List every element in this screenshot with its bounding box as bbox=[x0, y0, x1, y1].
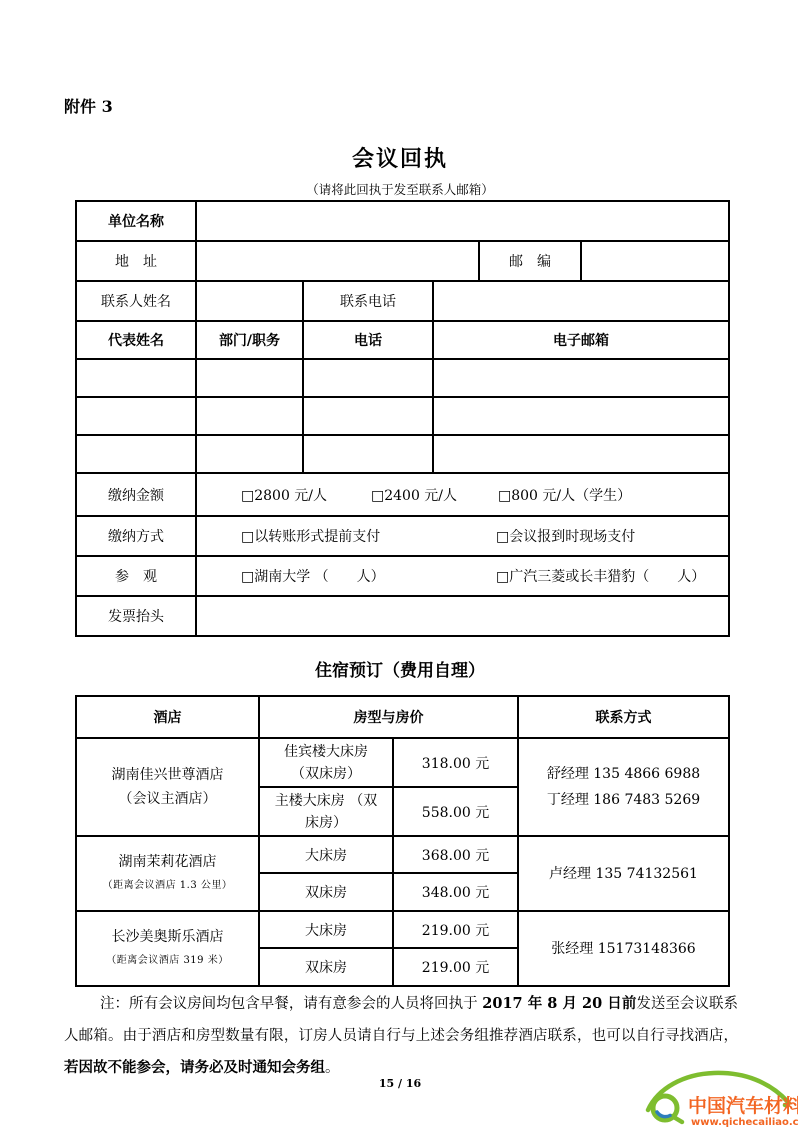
invoice-label: 发票抬头 bbox=[76, 596, 196, 636]
room-type-cell: 大床房 bbox=[259, 836, 393, 873]
room-price-cell: 318.00 元 bbox=[393, 738, 518, 787]
rep-dept-field bbox=[196, 435, 303, 473]
room-type: 床房） bbox=[262, 812, 390, 834]
rep-email-field bbox=[433, 397, 729, 435]
contact-line: 张经理 15173148366 bbox=[551, 936, 695, 962]
invoice-field bbox=[196, 596, 729, 636]
payment-method-options: □以转账形式提前支付 □会议报到时现场支付 bbox=[196, 516, 729, 556]
postal-label: 邮 编 bbox=[479, 241, 581, 281]
room-price-cell: 348.00 元 bbox=[393, 873, 518, 911]
table-row bbox=[76, 397, 729, 435]
hotel-note: （会议主酒店） bbox=[79, 787, 256, 811]
room-type-cell: 大床房 bbox=[259, 911, 393, 948]
checkbox-option-hunan-univ: □湖南大学 （ 人） bbox=[241, 566, 496, 586]
address-label: 地 址 bbox=[76, 241, 196, 281]
qichecailiao-logo: 中国汽车材料网 www.qichecailiao.com bbox=[638, 1060, 798, 1130]
hotel-contact-cell: 张经理 15173148366 bbox=[518, 911, 729, 986]
table-row: 湖南茉莉花酒店 （距离会议酒店 1.3 公里） 大床房 368.00 元 卢经理… bbox=[76, 836, 729, 873]
table-row: 发票抬头 bbox=[76, 596, 729, 636]
payment-amount-options: □2800 元/人 □2400 元/人 □800 元/人（学生） bbox=[196, 473, 729, 516]
rep-phone-field bbox=[303, 397, 433, 435]
table-row bbox=[76, 359, 729, 397]
rep-header-dept: 部门/职务 bbox=[196, 321, 303, 359]
table-row: 长沙美奥斯乐酒店 （距离会议酒店 319 米） 大床房 219.00 元 张经理… bbox=[76, 911, 729, 948]
hotel-contact-cell: 舒经理 135 4866 6988 丁经理 186 7483 5269 bbox=[518, 738, 729, 836]
car-logo-icon: 中国汽车材料网 www.qichecailiao.com bbox=[638, 1060, 798, 1130]
table-row: 参 观 □湖南大学 （ 人） □广汽三菱或长丰猎豹（ 人） bbox=[76, 556, 729, 596]
hotel-table: 酒店 房型与房价 联系方式 湖南佳兴世尊酒店 （会议主酒店） 佳宾楼大床房 （双… bbox=[75, 695, 730, 987]
rep-phone-field bbox=[303, 359, 433, 397]
rep-email-field bbox=[433, 435, 729, 473]
room-price-cell: 558.00 元 bbox=[393, 787, 518, 836]
note-bold-date: 2017 年 8 月 20 日前 bbox=[482, 995, 636, 1012]
checkbox-option-800: □800 元/人（学生） bbox=[498, 485, 631, 505]
note-bold-warning: 若因故不能参会，请务必及时通知会务组 bbox=[64, 1059, 325, 1076]
footer-note: 注：所有会议房间均包含早餐，请有意参会的人员将回执于 2017 年 8 月 20… bbox=[64, 988, 738, 1085]
room-type: 主楼大床房 （双 bbox=[262, 790, 390, 812]
rep-dept-field bbox=[196, 397, 303, 435]
contact-phone-label: 联系电话 bbox=[303, 281, 433, 321]
room-price-cell: 219.00 元 bbox=[393, 911, 518, 948]
rep-header-email: 电子邮箱 bbox=[433, 321, 729, 359]
contact-header: 联系方式 bbox=[518, 696, 729, 738]
checkbox-option-gac: □广汽三菱或长丰猎豹（ 人） bbox=[496, 566, 705, 586]
table-row: 酒店 房型与房价 联系方式 bbox=[76, 696, 729, 738]
hotel-name: 湖南佳兴世尊酒店 bbox=[79, 763, 256, 787]
room-type-cell: 双床房 bbox=[259, 948, 393, 986]
address-field bbox=[196, 241, 479, 281]
contact-line: 丁经理 186 7483 5269 bbox=[547, 787, 700, 813]
hotel-name-cell: 长沙美奥斯乐酒店 （距离会议酒店 319 米） bbox=[76, 911, 259, 986]
checkbox-option-transfer: □以转账形式提前支付 bbox=[241, 526, 496, 546]
table-row: 湖南佳兴世尊酒店 （会议主酒店） 佳宾楼大床房 （双床房） 318.00 元 舒… bbox=[76, 738, 729, 787]
reply-form-table: 单位名称 地 址 邮 编 联系人姓名 联系电话 代表姓名 部门/职务 电话 电子… bbox=[75, 200, 730, 637]
table-row: 缴纳金额 □2800 元/人 □2400 元/人 □800 元/人（学生） bbox=[76, 473, 729, 516]
logo-title: 中国汽车材料网 bbox=[688, 1094, 798, 1117]
hotel-note: （距离会议酒店 1.3 公里） bbox=[79, 874, 256, 898]
room-type-cell: 佳宾楼大床房 （双床房） bbox=[259, 738, 393, 787]
hotel-name: 长沙美奥斯乐酒店 bbox=[79, 925, 256, 949]
hotel-name-cell: 湖南佳兴世尊酒店 （会议主酒店） bbox=[76, 738, 259, 836]
unit-name-field bbox=[196, 201, 729, 241]
room-type-cell: 双床房 bbox=[259, 873, 393, 911]
checkbox-option-2800: □2800 元/人 bbox=[241, 485, 371, 505]
rep-name-field bbox=[76, 359, 196, 397]
document-page: 附件 3 会议回执 （请将此回执于发至联系人邮箱） 单位名称 地 址 邮 编 联… bbox=[0, 0, 800, 1131]
rep-phone-field bbox=[303, 435, 433, 473]
page-title: 会议回执 bbox=[0, 142, 800, 173]
rep-dept-field bbox=[196, 359, 303, 397]
contact-name-field bbox=[196, 281, 303, 321]
payment-method-label: 缴纳方式 bbox=[76, 516, 196, 556]
room-type-cell: 主楼大床房 （双 床房） bbox=[259, 787, 393, 836]
contact-line: 舒经理 135 4866 6988 bbox=[547, 761, 700, 787]
contact-name-label: 联系人姓名 bbox=[76, 281, 196, 321]
visit-label: 参 观 bbox=[76, 556, 196, 596]
checkbox-option-onsite: □会议报到时现场支付 bbox=[496, 526, 635, 546]
unit-name-label: 单位名称 bbox=[76, 201, 196, 241]
contact-line: 卢经理 135 74132561 bbox=[549, 861, 698, 887]
rep-email-field bbox=[433, 359, 729, 397]
room-price-cell: 219.00 元 bbox=[393, 948, 518, 986]
note-text: 注：所有会议房间均包含早餐，请有意参会的人员将回执于 bbox=[100, 996, 482, 1012]
rep-name-field bbox=[76, 435, 196, 473]
page-subtitle: （请将此回执于发至联系人邮箱） bbox=[0, 180, 800, 198]
hotel-note: （距离会议酒店 319 米） bbox=[79, 949, 256, 973]
room-price-cell: 368.00 元 bbox=[393, 836, 518, 873]
rep-name-field bbox=[76, 397, 196, 435]
room-type: （双床房） bbox=[262, 763, 390, 785]
hotel-contact-cell: 卢经理 135 74132561 bbox=[518, 836, 729, 911]
hotel-header: 酒店 bbox=[76, 696, 259, 738]
note-text: 。 bbox=[325, 1060, 340, 1076]
rep-header-phone: 电话 bbox=[303, 321, 433, 359]
checkbox-option-2400: □2400 元/人 bbox=[371, 485, 498, 505]
table-row: 单位名称 bbox=[76, 201, 729, 241]
table-row bbox=[76, 435, 729, 473]
table-row: 代表姓名 部门/职务 电话 电子邮箱 bbox=[76, 321, 729, 359]
hotel-name: 湖南茉莉花酒店 bbox=[79, 850, 256, 874]
contact-phone-field bbox=[433, 281, 729, 321]
postal-field bbox=[581, 241, 729, 281]
attachment-label: 附件 3 bbox=[64, 94, 113, 117]
room-type: 佳宾楼大床房 bbox=[262, 741, 390, 763]
visit-options: □湖南大学 （ 人） □广汽三菱或长丰猎豹（ 人） bbox=[196, 556, 729, 596]
hotel-name-cell: 湖南茉莉花酒店 （距离会议酒店 1.3 公里） bbox=[76, 836, 259, 911]
table-row: 联系人姓名 联系电话 bbox=[76, 281, 729, 321]
payment-amount-label: 缴纳金额 bbox=[76, 473, 196, 516]
logo-url: www.qichecailiao.com bbox=[691, 1117, 798, 1128]
rep-header-name: 代表姓名 bbox=[76, 321, 196, 359]
room-price-header: 房型与房价 bbox=[259, 696, 518, 738]
table-row: 缴纳方式 □以转账形式提前支付 □会议报到时现场支付 bbox=[76, 516, 729, 556]
table-row: 地 址 邮 编 bbox=[76, 241, 729, 281]
hotel-section-title: 住宿预订（费用自理） bbox=[0, 656, 800, 681]
